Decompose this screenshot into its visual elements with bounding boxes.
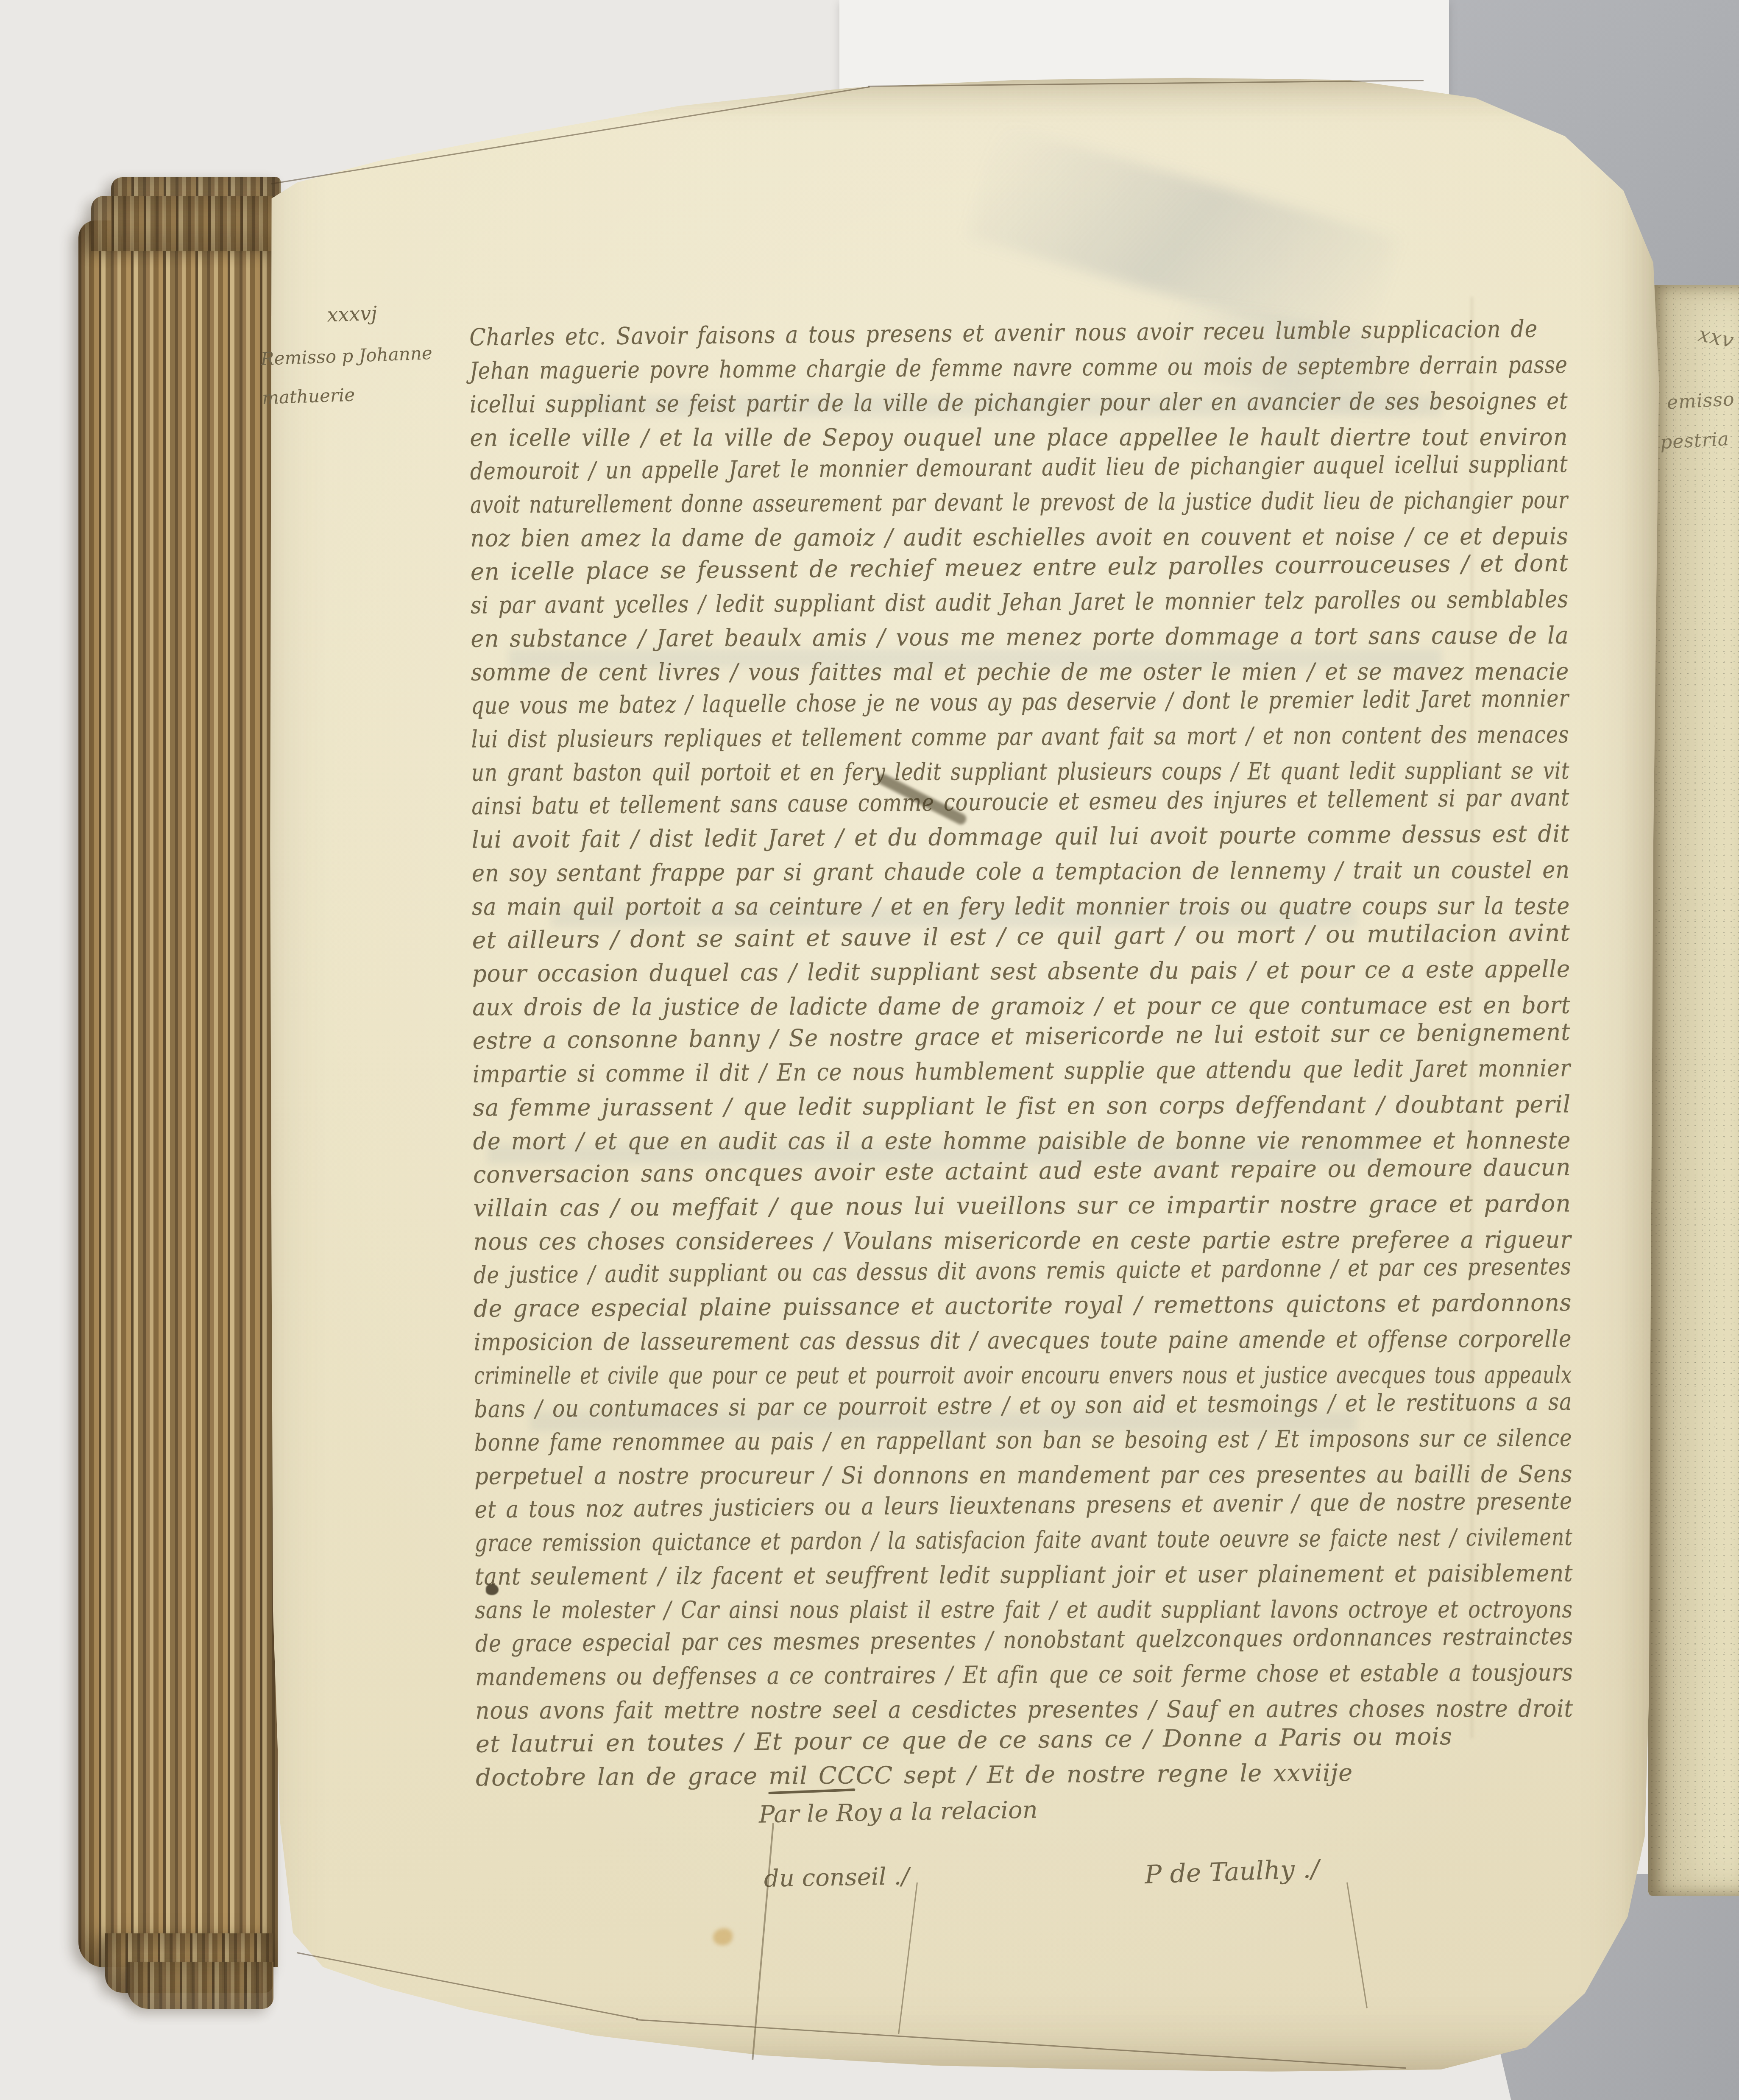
manuscript-line: demouroit / un appelle Jaret le monnier … — [470, 450, 1568, 485]
manuscript-line: que vous me batez / laquelle chose je ne… — [471, 685, 1569, 720]
manuscript-line: sa femme jurassent / que ledit suppliant… — [473, 1091, 1571, 1122]
left-page-edges — [78, 220, 278, 1967]
manuscript-line: villain cas / ou meffait / que nous lui … — [473, 1190, 1571, 1222]
right-page-margin-fragment: emisso — [1667, 388, 1735, 413]
manuscript-photo: xxv emisso pestria xxxvj Remisso p Johan… — [0, 0, 1739, 2100]
closing-formula-line: Par le Roy a la relacion — [758, 1796, 1038, 1828]
manuscript-line: en substance / Jaret beaulx amis / vous … — [471, 622, 1569, 653]
margin-note: xxxvj Remisso p Johanne mathuerie — [259, 298, 483, 418]
manuscript-line: en icelle place se feussent de rechief m… — [471, 549, 1569, 586]
margin-note-line: mathuerie — [262, 371, 483, 418]
manuscript-line: sa main quil portoit a sa ceinture / et … — [472, 892, 1570, 921]
manuscript-line: somme de cent livres / vous faittes mal … — [471, 658, 1569, 686]
margin-item-number: xxxvj — [326, 298, 480, 326]
manuscript-line: de grace especial par ces mesmes present… — [475, 1623, 1573, 1658]
manuscript-line: un grant baston quil portoit et en fery … — [471, 757, 1570, 787]
manuscript-line: aux drois de la justice de ladicte dame … — [472, 992, 1570, 1021]
manuscript-line: icellui suppliant se feist partir de la … — [470, 388, 1568, 418]
right-page-sliver: xxv emisso pestria — [1648, 285, 1739, 1896]
manuscript-line: Jehan maguerie povre homme chargie de fe… — [470, 351, 1568, 385]
manuscript-line: et ailleurs / dont se saint et sauve il … — [472, 919, 1570, 954]
manuscript-line: lui dist plusieurs repliques et tellemen… — [471, 721, 1569, 753]
manuscript-line: perpetuel a nostre procureur / Si donnon… — [474, 1461, 1572, 1490]
manuscript-line: si par avant ycelles / ledit suppliant d… — [471, 586, 1569, 619]
parchment-stain — [713, 1928, 733, 1945]
manuscript-line: doctobre lan de grace mil CCCC sept / Et… — [476, 1759, 1353, 1792]
manuscript-line: noz bien amez la dame de gamoiz / audit … — [470, 523, 1569, 552]
manuscript-line: nous avons fait mettre nostre seel a ces… — [476, 1695, 1574, 1725]
manuscript-line: en icelle ville / et la ville de Sepoy o… — [470, 424, 1568, 452]
margin-note-line: Remisso p Johanne — [260, 332, 482, 379]
manuscript-line: conversacion sans oncques avoir este act… — [473, 1154, 1571, 1189]
manuscript-line: imposicion de lasseurement cas dessus di… — [474, 1325, 1572, 1356]
right-page-margin-fragment: pestria — [1660, 428, 1730, 453]
left-page-edges-top-step — [91, 196, 281, 251]
right-page-margin-fragment: xxv — [1696, 322, 1736, 353]
ink-blot — [486, 1584, 499, 1595]
manuscript-line: et lautrui en toutes / Et pour ce que de… — [476, 1723, 1452, 1758]
manuscript-line: grace remission quictance et pardon / la… — [475, 1523, 1573, 1557]
manuscript-line: mandemens ou deffenses a ce contraires /… — [475, 1659, 1573, 1691]
manuscript-text-block: Charles etc. Savoir faisons a tous prese… — [469, 319, 1574, 1824]
manuscript-line: criminelle et civile que pour ce peut et… — [474, 1361, 1572, 1390]
manuscript-line: de mort / et que en audit cas il a este … — [473, 1127, 1571, 1155]
manuscript-line: ainsi batu et tellement sans cause comme… — [471, 784, 1570, 820]
manuscript-line: et a tous noz autres justiciers ou a leu… — [474, 1487, 1572, 1524]
closing-formula-line: du conseil ./ — [764, 1863, 909, 1893]
manuscript-line: impartie si comme il dit / En ce nous hu… — [473, 1054, 1571, 1088]
manuscript-line: avoit naturellement donne asseurement pa… — [470, 486, 1568, 519]
clerk-signature: P de Taulhy ./ — [1144, 1854, 1320, 1890]
manuscript-line: de grace especial plaine puissance et au… — [474, 1289, 1572, 1322]
manuscript-line: lui avoit fait / dist ledit Jaret / et d… — [471, 820, 1570, 853]
manuscript-line: sans le molester / Car ainsi nous plaist… — [475, 1596, 1573, 1624]
manuscript-line: estre a consonne banny / Se nostre grace… — [472, 1018, 1570, 1055]
manuscript-line: tant seulement / ilz facent et seuffrent… — [475, 1560, 1573, 1591]
manuscript-line: en soy sentant frappe par si grant chaud… — [472, 856, 1570, 887]
manuscript-line: pour occasion duquel cas / ledit supplia… — [472, 955, 1571, 987]
left-page-edges-bottom-step — [127, 1962, 273, 2009]
manuscript-line: bonne fame renommee au pais / en rappell… — [474, 1424, 1572, 1456]
manuscript-line: de justice / audit suppliant ou cas dess… — [474, 1253, 1572, 1289]
manuscript-line: nous ces choses considerees / Voulans mi… — [474, 1226, 1572, 1256]
manuscript-line: bans / ou contumaces si par ce pourroit … — [474, 1388, 1572, 1423]
